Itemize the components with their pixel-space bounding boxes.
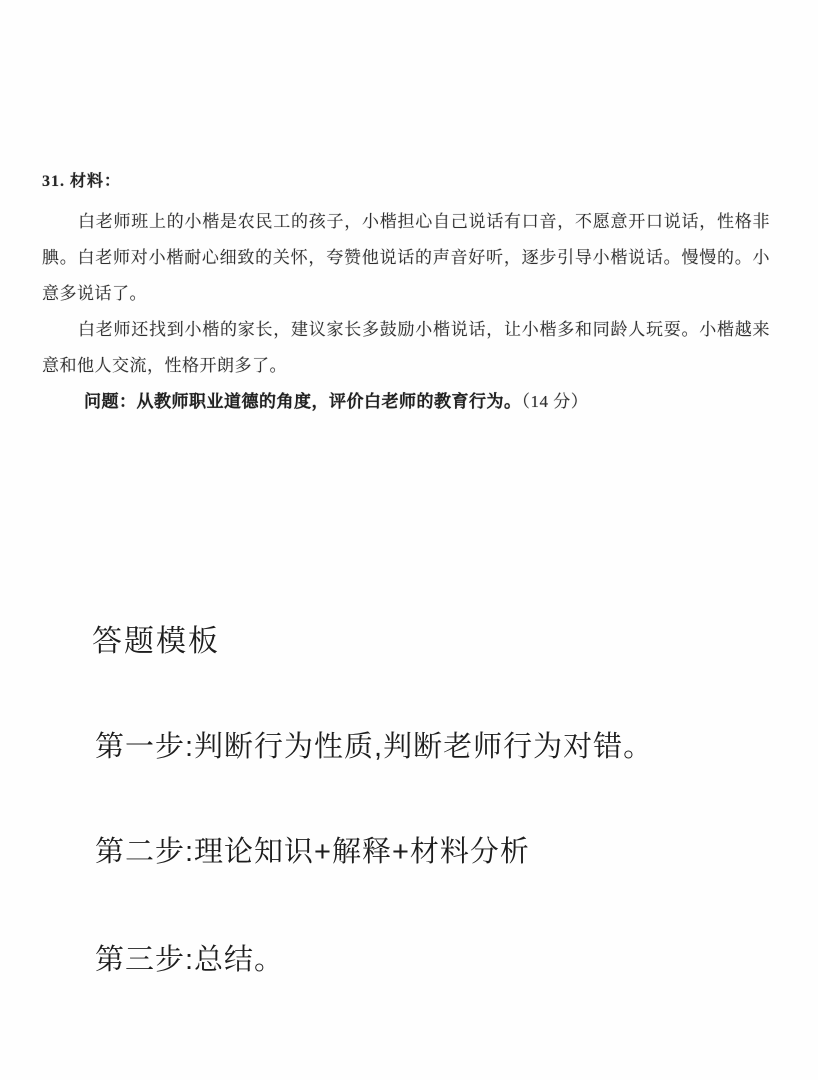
paragraph-line: 意多说话了。 [42, 276, 770, 312]
exam-material-section: 31. 材料： 白老师班上的小楷是农民工的孩子，小楷担心自己说话有口音，不愿意开… [42, 170, 770, 420]
answer-template-title: 答题模板 [92, 616, 220, 660]
answer-template-step-2: 第二步:理论知识+解释+材料分析 [95, 829, 530, 870]
answer-template-step-3: 第三步:总结。 [95, 937, 284, 978]
question-label: 问题： [84, 392, 137, 411]
question-line: 问题：从教师职业道德的角度，评价白老师的教育行为。（14 分） [42, 384, 770, 420]
material-paragraph-2: 白老师还找到小楷的家长，建议家长多鼓励小楷说话，让小楷多和同龄人玩耍。小楷越来越… [42, 312, 770, 384]
paragraph-line: 白老师还找到小楷的家长，建议家长多鼓励小楷说话，让小楷多和同龄人玩耍。小楷越来越… [42, 312, 770, 348]
answer-template-step-1: 第一步:判断行为性质,判断老师行为对错。 [95, 724, 653, 765]
material-heading: 31. 材料： [42, 170, 770, 194]
paragraph-line: 白老师班上的小楷是农民工的孩子，小楷担心自己说话有口音，不愿意开口说话，性格非常… [42, 204, 770, 240]
question-score: （14 分） [522, 392, 589, 411]
material-paragraph-1: 白老师班上的小楷是农民工的孩子，小楷担心自己说话有口音，不愿意开口说话，性格非常… [42, 204, 770, 312]
question-text: 从教师职业道德的角度，评价白老师的教育行为。 [137, 392, 522, 411]
paragraph-line: 腆。白老师对小楷耐心细致的关怀，夸赞他说话的声音好听，逐步引导小楷说话。慢慢的。… [42, 240, 770, 276]
paragraph-line: 意和他人交流，性格开朗多了。 [42, 348, 770, 384]
